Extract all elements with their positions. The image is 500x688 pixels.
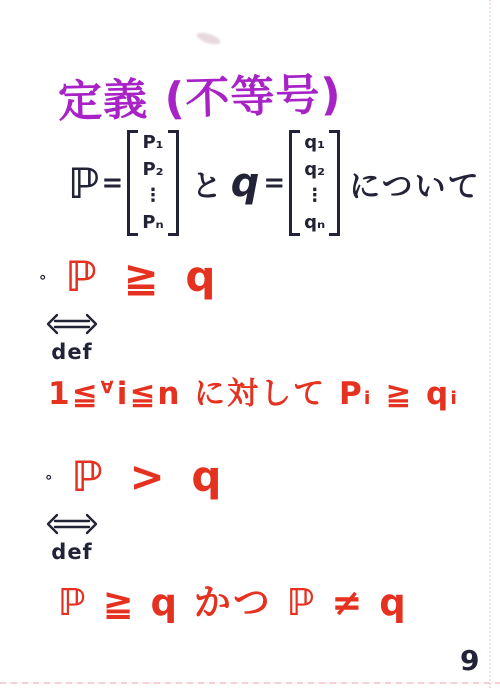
gt-condition: ℙ ≧ q かつ ℙ ≠ q [58,572,408,626]
geq-condition: 1≦∀i≦n に対して Pᵢ ≧ qᵢ [48,368,459,413]
page-edge-right [489,0,491,688]
equals-sign: = [102,168,124,198]
vector-entry: P₂ [142,160,163,180]
vector-ellipsis: ⋮ [306,186,324,206]
about-text: について [349,161,480,206]
definition-gt-head: ∘ ℙ > q [44,452,227,501]
q-vector-entries: q₁ q₂ ⋮ qₙ [300,130,329,236]
page-number: 9 [460,644,479,677]
ink-smudge [195,30,222,46]
statement-p-geq-q: ℙ ≧ q [65,252,221,301]
bullet-circle: ∘ [44,468,53,486]
right-bracket [329,130,340,236]
iff-arrow-icon [45,313,99,335]
condition-rest: i≦n に対して Pᵢ ≧ qᵢ [117,376,459,412]
right-bracket [168,130,179,236]
def-label: def [42,540,102,564]
vector-entry: qₙ [304,213,325,233]
vector-ellipsis: ⋮ [144,186,162,206]
q-symbol: q [231,160,260,206]
p-vector: P₁ P₂ ⋮ Pₙ [127,130,178,236]
vector-entry: q₂ [304,160,325,180]
connector-to: と [192,161,222,205]
q-vector: q₁ q₂ ⋮ qₙ [289,130,340,236]
left-bracket [289,130,300,236]
vector-entry: P₁ [142,133,163,153]
def-label: def [42,340,102,364]
bullet-circle: ∘ [38,268,47,286]
definition-geq-head: ∘ ℙ ≧ q [38,252,221,301]
condition-prefix: 1≦ [48,376,100,412]
vector-entry: q₁ [304,133,325,153]
p-symbol: ℙ [68,159,100,208]
notebook-page: 定義 (不等号) ℙ = P₁ P₂ ⋮ Pₙ と q = q₁ q₂ ⋮ qₙ [0,0,500,688]
vector-entry: Pₙ [142,213,163,233]
vector-definition-line: ℙ = P₁ P₂ ⋮ Pₙ と q = q₁ q₂ ⋮ qₙ について [68,130,481,236]
page-title: 定義 (不等号) [57,58,342,129]
equals-sign: = [263,168,285,198]
iff-def-block: def [42,513,102,564]
forall-symbol: ∀ [101,378,116,398]
statement-p-gt-q: ℙ > q [71,452,227,501]
page-edge-bottom [0,682,500,684]
iff-def-block: def [42,313,102,364]
iff-arrow-icon [45,513,99,535]
left-bracket [127,130,138,236]
p-vector-entries: P₁ P₂ ⋮ Pₙ [138,130,167,236]
